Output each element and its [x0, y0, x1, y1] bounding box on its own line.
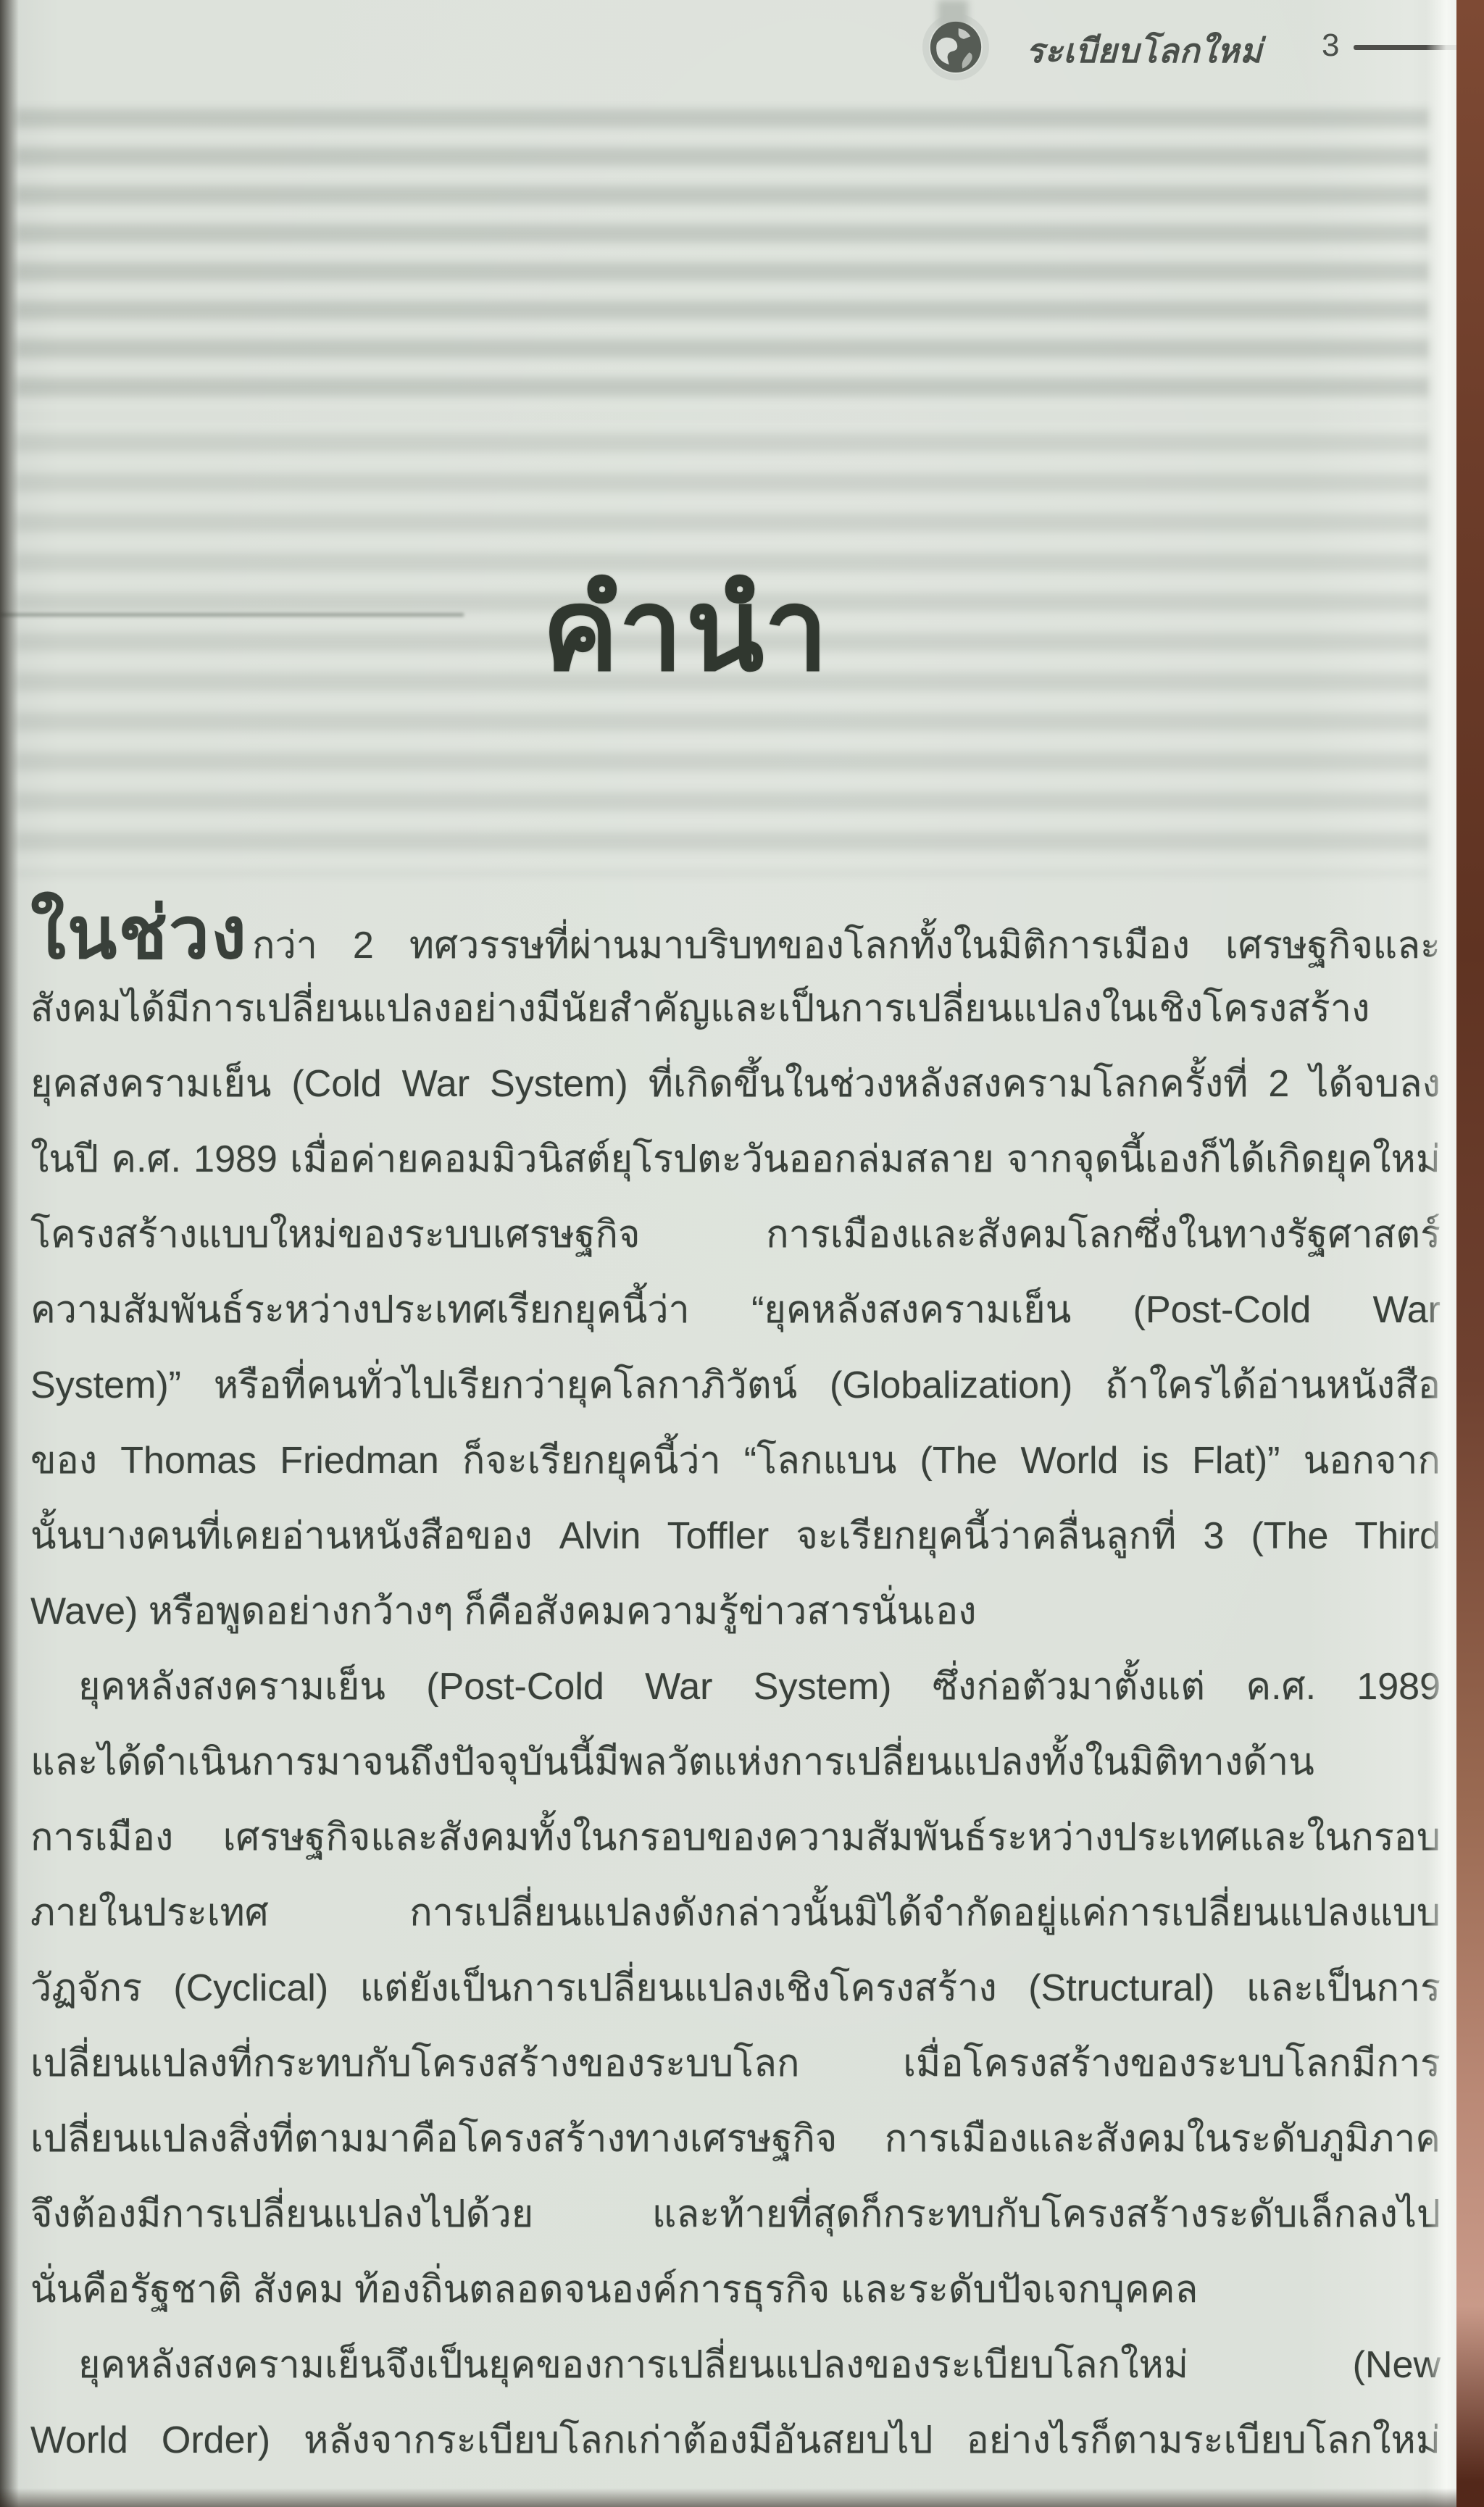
body-line: ในช่วงกว่า 2 ทศวรรษที่ผ่านมาบริบทของโลกท… [30, 896, 1441, 971]
running-head-title: ระเบียบโลกใหม่ [1026, 25, 1262, 78]
body-line: ยุคสงครามเย็น (Cold War System) ที่เกิดข… [30, 1046, 1441, 1122]
lead-word: ในช่วง [30, 893, 252, 974]
chapter-heading: คำนำ [542, 538, 831, 720]
body-line: จึงต้องมีการเปลี่ยนแปลงไปด้วย และท้ายที่… [30, 2177, 1441, 2252]
body-line: วัฏจักร (Cyclical) แต่ยังเป็นการเปลี่ยนแ… [30, 1951, 1441, 2026]
body-line: และได้ดำเนินการมาจนถึงปัจจุบันนี้มีพลวัต… [30, 1724, 1441, 1800]
photo-left-edge [0, 0, 19, 2507]
body-line: Wave) หรือพูดอย่างกว้างๆ ก็คือสังคมความร… [30, 1574, 1441, 1649]
body-line: นั้นบางคนที่เคยอ่านหนังสือของ Alvin Toff… [30, 1498, 1441, 1574]
body-line: นั่นคือรัฐชาติ สังคม ท้องถิ่นตลอดจนองค์ก… [30, 2252, 1441, 2327]
table-wood-edge [1456, 0, 1484, 2507]
body-line: ยุคหลังสงครามเย็นจึงเป็นยุคของการเปลี่ยน… [30, 2327, 1441, 2403]
body-line: ในปี ค.ศ. 1989 เมื่อค่ายคอมมิวนิสต์ยุโรป… [30, 1122, 1441, 1197]
page-number: 3 [1322, 28, 1339, 64]
body-line: เปลี่ยนแปลงสิ่งที่ตามมาคือโครงสร้างทางเศ… [30, 2101, 1441, 2177]
photo-bottom-shadow [0, 2488, 1484, 2507]
page-edge-highlight [1426, 0, 1459, 2507]
body-line: ความสัมพันธ์ระหว่างประเทศเรียกยุคนี้ว่า … [30, 1272, 1441, 1348]
body-line: ภายในประเทศ การเปลี่ยนแปลงดังกล่าวนั้นมิ… [30, 1875, 1441, 1951]
body-text: ในช่วงกว่า 2 ทศวรรษที่ผ่านมาบริบทของโลกท… [30, 896, 1441, 2478]
showthrough-text-upper [14, 109, 1430, 417]
body-line: World Order) หลังจากระเบียบโลกเก่าต้องมี… [30, 2403, 1441, 2478]
body-line: โครงสร้างแบบใหม่ของระบบเศรษฐกิจ การเมือง… [30, 1197, 1441, 1272]
body-line: เปลี่ยนแปลงที่กระทบกับโครงสร้างของระบบโล… [30, 2026, 1441, 2101]
body-line: System)” หรือที่คนทั่วไปเรียกว่ายุคโลกาภ… [30, 1348, 1441, 1423]
body-line: ยุคหลังสงครามเย็น (Post-Cold War System)… [30, 1649, 1441, 1724]
globe-icon [929, 20, 983, 74]
body-line: ของ Thomas Friedman ก็จะเรียกยุคนี้ว่า “… [30, 1423, 1441, 1498]
body-line: สังคมได้มีการเปลี่ยนแปลงอย่างมีนัยสำคัญแ… [30, 971, 1441, 1046]
fold-line [0, 613, 464, 617]
scanned-book-page: ระเบียบโลกใหม่ 3 คำนำ ในช่วงกว่า 2 ทศวรร… [0, 0, 1484, 2507]
body-line-text: กว่า 2 ทศวรรษที่ผ่านมาบริบทของโลกทั้งในม… [252, 925, 1441, 967]
body-line: การเมือง เศรษฐกิจและสังคมทั้งในกรอบของคว… [30, 1800, 1441, 1875]
